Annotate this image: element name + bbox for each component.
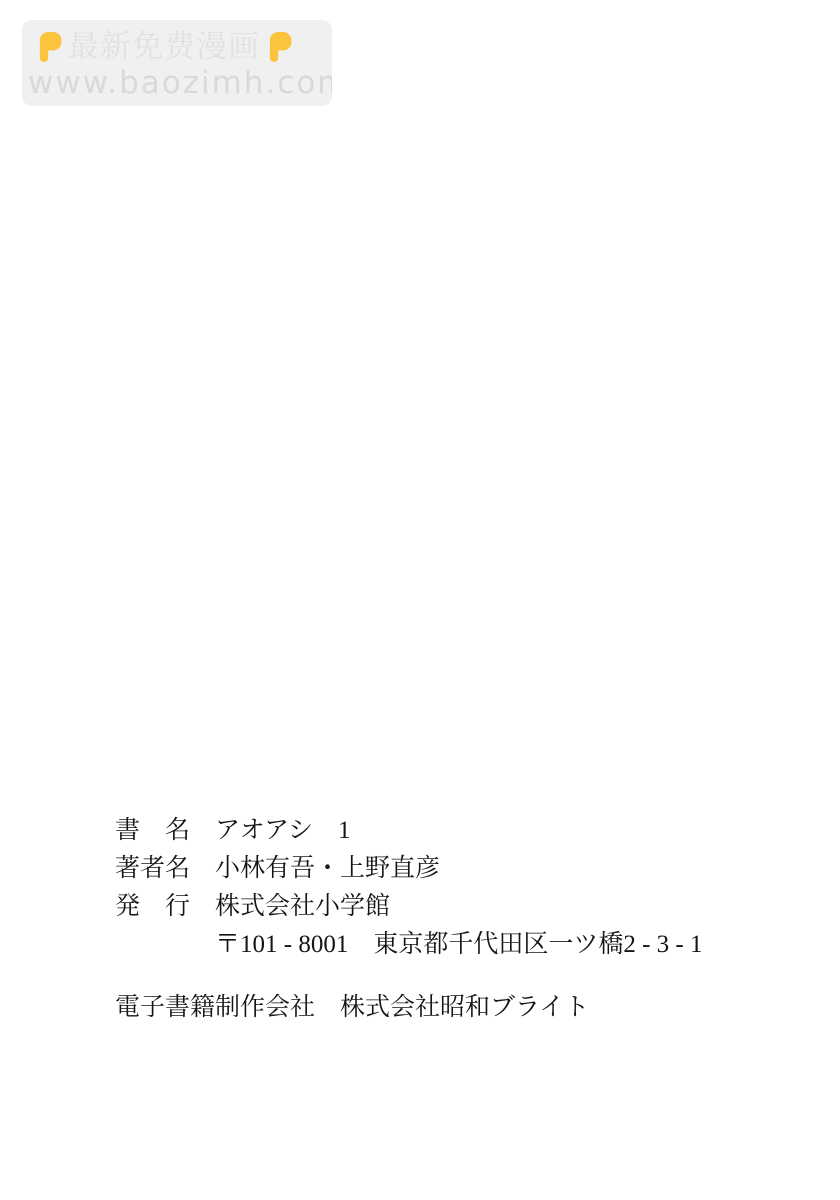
colophon-row-address: 〒101 - 8001 東京都千代田区一ツ橋2 - 3 - 1 — [115, 926, 702, 964]
watermark-title: 最新免费漫画 — [68, 28, 260, 66]
pointing-down-icon — [34, 30, 64, 64]
colophon: 書 名 アオアシ 1 著者名 小林有吾・上野直彦 発 行 株式会社小学館 〒10… — [115, 812, 702, 1027]
publisher-name: 株式会社小学館 — [215, 888, 390, 926]
watermark-url: www.baozimh.com — [28, 66, 332, 100]
colophon-label-title: 書 名 — [115, 812, 215, 850]
page: 最新免费漫画 www.baozimh.com 書 名 アオアシ 1 著者名 小林… — [0, 0, 840, 1200]
publisher-address: 〒101 - 8001 東京都千代田区一ツ橋2 - 3 - 1 — [215, 926, 702, 964]
book-title: アオアシ 1 — [215, 812, 351, 850]
watermark-badge: 最新免费漫画 www.baozimh.com — [22, 20, 332, 106]
author-names: 小林有吾・上野直彦 — [215, 850, 440, 888]
watermark-title-row: 最新免费漫画 — [34, 28, 332, 66]
colophon-label-author: 著者名 — [115, 850, 215, 888]
colophon-row-publisher: 発 行 株式会社小学館 — [115, 888, 702, 926]
colophon-label-publisher: 発 行 — [115, 888, 215, 926]
colophon-row-title: 書 名 アオアシ 1 — [115, 812, 702, 850]
colophon-row-author: 著者名 小林有吾・上野直彦 — [115, 850, 702, 888]
pointing-down-icon — [264, 30, 294, 64]
colophon-label-address — [115, 926, 215, 964]
ebook-producer-line: 電子書籍制作会社 株式会社昭和ブライト — [115, 989, 702, 1027]
